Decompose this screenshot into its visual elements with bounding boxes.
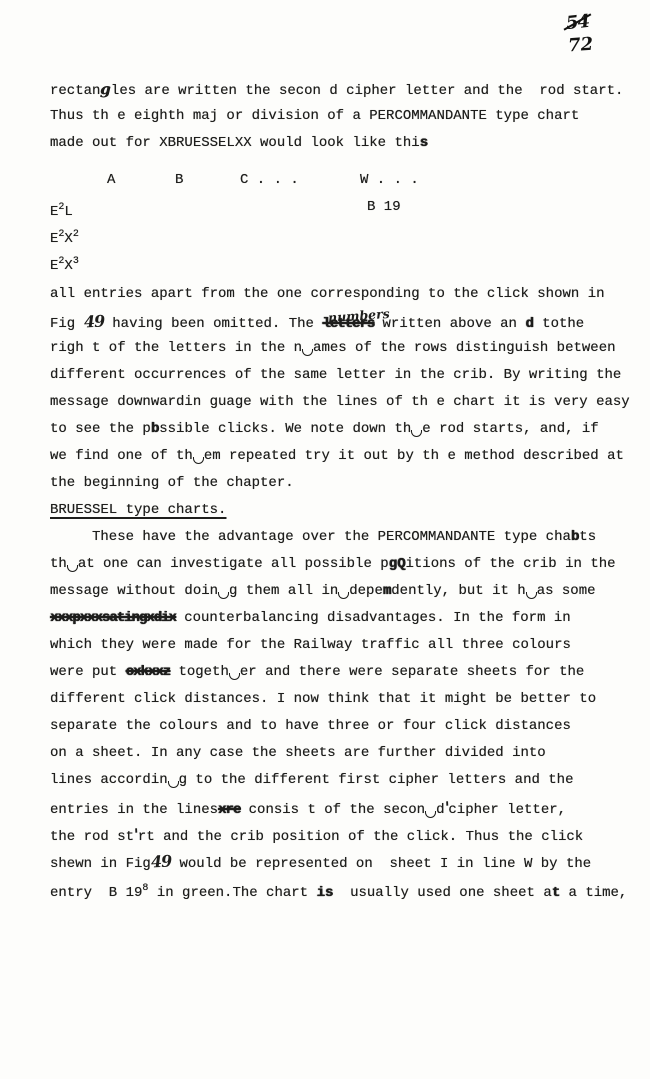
text-line: we find one of them repeated try it out … [50,443,630,470]
text-segment: shewn in Fig [50,856,151,872]
text-segment: rectan [50,83,100,99]
text-segment: em repeated try it out by th e method de… [204,448,624,464]
text-segment: written above an [374,316,525,332]
column-header: W . . . [360,167,419,194]
handwritten-tie-mark [338,592,349,599]
text-segment: in green.The chart [148,885,316,901]
text-segment: separate the colours and to have three o… [50,718,571,734]
text-line: which they were made for the Railway tra… [50,632,630,659]
text-segment: er and there were separate sheets for th… [240,664,584,680]
overstruck-text: gQ [389,556,406,572]
text-segment: we find one of th [50,448,193,464]
text-line: on a sheet. In any case the sheets are f… [50,740,630,767]
text-segment: L [64,204,72,220]
paragraph-percommandante: all entries apart from the one correspon… [50,281,630,497]
column-header: A [107,167,115,194]
text-segment: g them all in [229,583,338,599]
text-segment: e rod starts, and, if [422,421,598,437]
crossed-out-page-number: 54 [565,11,590,34]
text-segment: itions of the crib in the [405,556,615,572]
handwritten-text: 49 [83,307,105,335]
handwritten-tie-mark [67,565,78,572]
paragraph-intro: rectangles are written the secon d ciphe… [50,76,630,157]
row-label: E2X3 [50,258,79,274]
text-segment: lines accordin [50,772,168,788]
text-segment: all entries apart from the one correspon… [50,286,605,302]
text-line: rectangles are written the secon d ciphe… [50,76,630,103]
text-line: righ t of the letters in the names of th… [50,335,630,362]
struck-out-text: lettersnumbers [322,316,374,332]
text-line: to see the pbssible clicks. We note down… [50,416,630,443]
struck-out-text: oxkxxz [126,664,170,680]
text-segment: th [50,556,67,572]
text-line: message without doing them all indepemde… [50,578,630,605]
text-segment: These have the advantage over the PERCOM… [50,529,571,545]
text-segment: ts [579,529,596,545]
handwritten-text: ' [444,794,449,821]
struck-out-text: xre [218,802,240,818]
handwritten-tie-mark [526,592,537,599]
overstruck-text: d [525,316,533,332]
handwritten-tie-mark [229,673,240,680]
struck-out-text: xxxpxxxsatingxdix [50,610,176,626]
text-segment: message without doin [50,583,218,599]
page-number: 72 [567,31,636,57]
text-line: were put oxkxxz together and there were … [50,659,630,686]
superscript-text: 3 [73,256,79,267]
handwritten-tie-mark [425,811,436,818]
superscript-text: 2 [73,229,79,240]
text-segment: ames of the rows distinguish between [313,340,615,356]
handwritten-text: 49 [150,847,172,875]
column-header: C . . . [240,167,299,194]
text-line: lines according to the different first c… [50,767,630,794]
text-line: shewn in Fig49 would be represented on s… [50,848,630,875]
text-line: that one can investigate all possible pg… [50,551,630,578]
text-segment: were put [50,664,126,680]
text-segment: as some [537,583,596,599]
text-line: Thus th e eighth maj or division of a PE… [50,103,630,130]
chart-example-table: ABC . . .W . . .E2LB 19E2X2E2X3 [50,167,630,275]
text-line: Fig 49 having been omitted. The lettersn… [50,308,630,335]
row-label: E2X2 [50,231,79,247]
table-header-row: ABC . . .W . . . [50,167,630,194]
text-segment: Thus th e eighth maj or division of a PE… [50,108,579,124]
text-segment: depe [349,583,383,599]
text-line: different occurrences of the same letter… [50,362,630,389]
text-segment: X [64,258,72,274]
text-segment: Fig [50,316,84,332]
text-segment: which they were made for the Railway tra… [50,637,571,653]
text-segment: counterbalancing disadvantages. In the f… [176,610,571,626]
overstruck-text: t [552,885,560,901]
text-segment: at one can investigate all possible p [78,556,389,572]
text-segment: a time, [560,885,627,901]
handwritten-tie-mark [411,430,422,437]
handwritten-text: ' [133,821,138,848]
handwritten-tie-mark [168,781,179,788]
text-line: made out for XBRUESSELXX would look like… [50,130,630,157]
handwritten-tie-mark [193,457,204,464]
text-line: the rod st'rt and the crib position of t… [50,821,630,848]
text-segment: cipher letter, [448,802,566,818]
spacer [50,157,630,167]
text-segment: to see the p [50,421,151,437]
text-segment: ssible clicks. We note down th [159,421,411,437]
table-cell-entry: B 19 [367,194,401,221]
text-line: message downwardin guage with the lines … [50,389,630,416]
handwritten-tie-mark [218,592,229,599]
text-segment: X [64,231,72,247]
paragraph-bruessel: These have the advantage over the PERCOM… [50,524,630,902]
text-segment: tothe [534,316,584,332]
typed-content: rectangles are written the secon d ciphe… [50,76,630,902]
table-row: E2X3 [50,248,630,275]
text-segment: different click distances. I now think t… [50,691,596,707]
overstruck-text: is [316,885,333,901]
text-segment: would be represented on sheet I in line … [171,856,591,872]
column-header: B [175,167,183,194]
table-row: E2X2 [50,221,630,248]
text-line: These have the advantage over the PERCOM… [50,524,630,551]
overstruck-text: m [383,583,391,599]
text-segment: having been omitted. The [104,316,322,332]
text-line: entry B 198 in green.The chart is usuall… [50,875,630,902]
table-row: E2LB 19 [50,194,630,221]
document-page: 54 72 rectangles are written the secon d… [0,0,650,1079]
text-segment: the rod st [50,829,134,845]
text-segment: entries in the lines [50,802,218,818]
text-line: the beginning of the chapter. [50,470,630,497]
text-segment: les are written the secon d cipher lette… [111,83,623,99]
text-segment: dently, but it h [391,583,525,599]
text-segment: on a sheet. In any case the sheets are f… [50,745,546,761]
text-line: xxxpxxxsatingxdix counterbalancing disad… [50,605,630,632]
row-label: E2L [50,204,73,220]
handwritten-overlay: g [100,76,111,103]
text-line: different click distances. I now think t… [50,686,630,713]
handwritten-tie-mark [302,349,313,356]
page-number-annotation: 54 72 [566,12,636,54]
text-segment: consis t of the secon [240,802,425,818]
text-line: entries in the linesxre consis t of the … [50,794,630,821]
text-segment: rt and the crib position of the click. T… [138,829,583,845]
text-segment: g to the different first cipher letters … [179,772,574,788]
text-segment: different occurrences of the same letter… [50,367,621,383]
overstruck-text: s [420,135,428,151]
text-segment: righ t of the letters in the n [50,340,302,356]
text-line: separate the colours and to have three o… [50,713,630,740]
handwritten-annotation: numbers [327,300,390,331]
section-heading: BRUESSEL type charts. [50,497,630,524]
overstruck-text: b [151,421,159,437]
text-segment: usually used one sheet a [333,885,551,901]
text-segment: the beginning of the chapter. [50,475,294,491]
text-segment: made out for XBRUESSELXX would look like… [50,135,420,151]
text-segment: message downwardin guage with the lines … [50,394,630,410]
text-segment: d [436,802,444,818]
text-segment: togeth [170,664,229,680]
text-segment: entry B 19 [50,885,142,901]
